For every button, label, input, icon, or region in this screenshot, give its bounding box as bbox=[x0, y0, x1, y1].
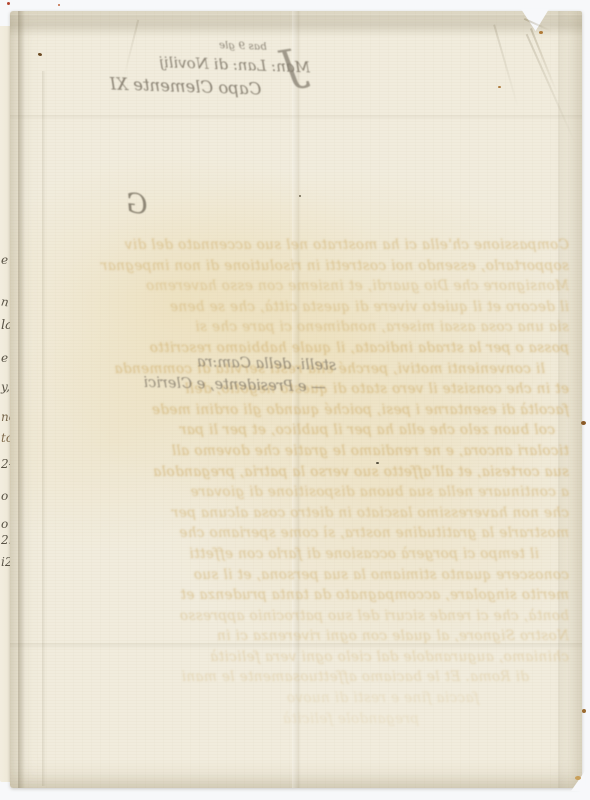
signature-bleedthrough: stelli. della Cam:ra — e Presidente, e C… bbox=[107, 349, 336, 399]
bleed-line: conoscere quanto stimiamo la sua persona… bbox=[38, 565, 569, 586]
annotation-line: Capo Clemente XI bbox=[95, 71, 262, 103]
scanned-document: e n la e y, no to 2- o o 2: i2 bas 9 gle… bbox=[0, 0, 590, 800]
bleed-line: bontà, che ci rende sicuri del suo patro… bbox=[38, 606, 569, 627]
foxing-speck bbox=[7, 2, 10, 5]
bleed-line: mostrarle la gratitudine nostra, sì come… bbox=[38, 523, 569, 544]
bleed-line: col buon zelo che ella ha per il publico… bbox=[38, 420, 555, 441]
bleed-line: di Roma. Et le baciamo affettuosamente l… bbox=[38, 667, 529, 688]
bleed-line: Compassione ch'ella ci ha mostrato nel s… bbox=[38, 235, 569, 256]
foxing-speck bbox=[299, 195, 301, 197]
bleed-line: pregandole felicità bbox=[38, 709, 419, 730]
foxing-speck bbox=[582, 709, 586, 713]
bleed-line: a continuare nella sua buona disposition… bbox=[38, 482, 569, 503]
bleed-line: Monsignore che Dio guardi, et insieme co… bbox=[38, 276, 569, 297]
foxing-speck bbox=[581, 421, 586, 425]
foxing-speck bbox=[575, 776, 581, 780]
corner-wrinkle bbox=[526, 34, 577, 144]
bleed-line: chiniamo, augurandole dal cielo ogni ver… bbox=[38, 647, 569, 668]
corner-wrinkle bbox=[493, 24, 519, 107]
margin-ink-fragment: o bbox=[1, 518, 8, 530]
bleed-line: sia una cosa assai misera, nondimeno ci … bbox=[38, 317, 569, 338]
foxing-speck bbox=[539, 31, 543, 34]
foxing-speck bbox=[498, 86, 501, 88]
bleed-line: Nostro Signore, al quale con ogni rivere… bbox=[38, 626, 569, 647]
bleed-line: merito singolare, accompagnato da tanta … bbox=[38, 585, 569, 606]
bleed-line: il decoro et il quieto vivere di questa … bbox=[38, 297, 569, 318]
left-edge-shadow bbox=[18, 11, 25, 788]
bleed-line: facoltà di esentarne i pesi, poiché quan… bbox=[38, 400, 569, 421]
margin-ink-fragment: o bbox=[1, 490, 8, 502]
margin-ink-fragment: e bbox=[1, 254, 8, 266]
bleed-line: faccia fine e resti di nuovo bbox=[38, 688, 479, 709]
paper-sheet: bas 9 gle Man: Lan: di Novilij Capo Clem… bbox=[10, 11, 582, 788]
upper-horizontal-crease bbox=[10, 115, 582, 120]
body-text-bleedthrough: Compassione ch'ella ci ha mostrato nel s… bbox=[38, 235, 569, 729]
bleed-line: sua cortesia, et all'affetto suo verso l… bbox=[38, 462, 569, 483]
top-fold-crease bbox=[10, 15, 582, 37]
bleed-line: il tempo ci porgerà occasione di farlo c… bbox=[38, 544, 539, 565]
foxing-speck bbox=[376, 462, 379, 464]
bleed-line: sopportarlo, essendo noi costretti in ri… bbox=[38, 256, 569, 277]
flourish-mark-bleedthrough: G bbox=[124, 188, 149, 221]
margin-ink-fragment: e bbox=[1, 352, 8, 364]
margin-ink-fragment: n bbox=[0, 296, 9, 309]
bleed-line: che non haveressimo lasciato in dietro c… bbox=[38, 503, 569, 524]
bleed-line: ticolari ancora, e ne rendiamo le gratie… bbox=[38, 441, 569, 462]
foxing-speck bbox=[58, 4, 60, 6]
margin-ink-fragment: y, bbox=[1, 381, 10, 393]
foxing-speck bbox=[38, 53, 42, 56]
